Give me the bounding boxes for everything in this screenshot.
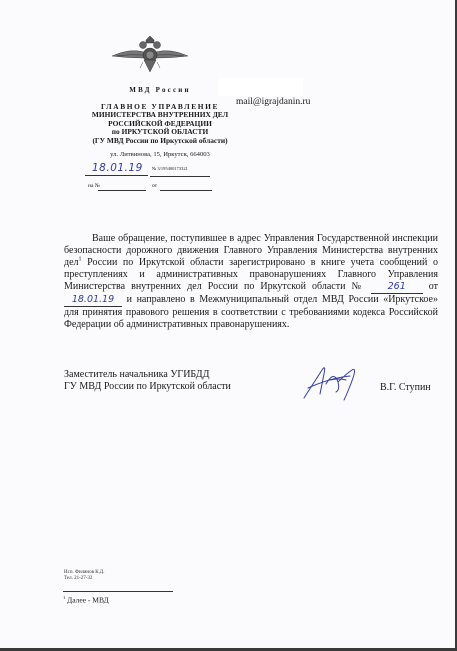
redacted-area <box>218 78 303 96</box>
footnote-separator <box>63 591 173 592</box>
registration-date-handwritten: 18.01.19 <box>64 294 122 307</box>
footnote: 1 Далее - МВД <box>63 595 109 605</box>
footnote-text: Далее - МВД <box>65 596 109 605</box>
executor-info: Исп. Филянов К.Д. Тел. 21-27-32 <box>64 570 104 582</box>
letter-page: МВД России ГЛАВНОЕ УПРАВЛЕНИЕ МИНИСТЕРСТ… <box>0 0 455 648</box>
signatory-title-line: Заместитель начальника УГИБДД <box>64 369 231 381</box>
org-line: (ГУ МВД России по Иркутской области) <box>60 137 260 145</box>
from-line <box>160 190 212 191</box>
executor-phone: Тел. 21-27-32 <box>64 576 104 582</box>
mvd-emblem-icon <box>110 34 190 76</box>
from-label: от <box>152 183 157 189</box>
outgoing-number: № 3/195400173321 <box>152 166 188 171</box>
letter-body: Ваше обращение, поступившее в адрес Упра… <box>64 233 438 331</box>
body-part: от <box>423 281 438 292</box>
recipient-email: mail@igrajdanin.ru <box>236 97 310 107</box>
in-reply-label: на № <box>88 183 100 189</box>
signature-icon <box>300 360 370 402</box>
registration-number-handwritten: 261 <box>371 281 423 294</box>
in-reply-line <box>98 190 146 191</box>
signatory-title: Заместитель начальника УГИБДД ГУ МВД Рос… <box>64 369 231 393</box>
signatory-title-line: ГУ МВД России по Иркутской области <box>64 381 231 393</box>
outgoing-number-line <box>150 176 210 177</box>
signatory-name: В.Г. Ступин <box>380 382 431 393</box>
outgoing-date-handwritten: 18.01.19 <box>92 162 143 174</box>
org-address: ул. Литвинова, 15, Иркутск, 664003 <box>60 151 260 158</box>
org-full-name: ГЛАВНОЕ УПРАВЛЕНИЕ МИНИСТЕРСТВА ВНУТРЕНН… <box>60 103 260 145</box>
